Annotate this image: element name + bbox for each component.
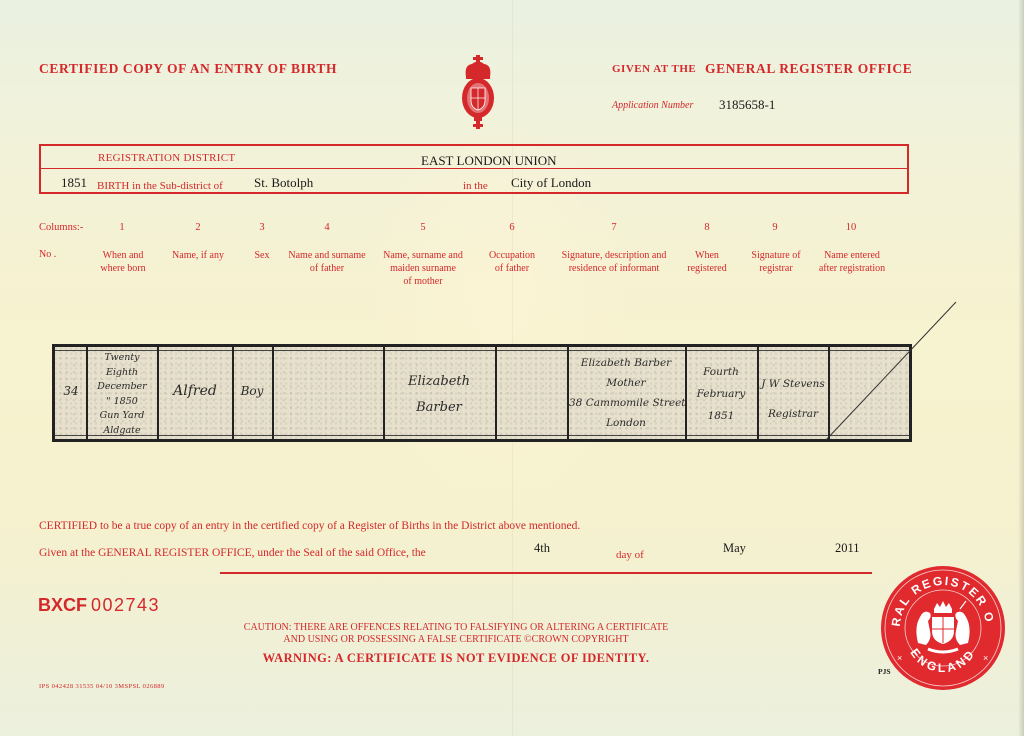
column-header-registrar: Signature of registrar [751,249,800,275]
office-title: GENERAL REGISTER OFFICE [705,61,912,77]
certificate-title: CERTIFIED COPY OF AN ENTRY OF BIRTH [39,61,337,77]
caution-line-2: AND USING OR POSSESSING A FALSE CERTIFIC… [0,634,912,645]
column-number: 4 [324,222,329,233]
column-number: 3 [259,222,264,233]
certificate-serial: BXCF002743 [38,595,160,616]
royal-crest-icon [458,55,498,130]
given-at-label: GIVEN AT THE [612,63,696,75]
column-header-name-after-registration: Name entered after registration [819,249,885,275]
subdistrict-label: BIRTH in the Sub-district of [97,180,223,192]
column-no-label: No . [39,249,56,260]
column-header-when-where-born: When and where born [100,249,145,275]
entry-registrar-signature: J W Stevens Registrar [759,369,827,429]
birth-certificate: CERTIFIED COPY OF AN ENTRY OF BIRTH GIVE… [0,0,1024,736]
column-header-name: Name, if any [172,249,224,262]
application-number: 3185658-1 [719,97,775,113]
column-header-when-registered: When registered [687,249,726,275]
given-at-statement: Given at the GENERAL REGISTER OFFICE, un… [39,547,426,559]
column-number: 8 [704,222,709,233]
serial-number: 002743 [91,595,160,615]
page-edge [1018,0,1024,736]
subdistrict-value: St. Botolph [254,175,313,191]
entry-name: Alfred [159,385,231,398]
diagonal-strike-line [820,300,960,450]
column-divider [272,347,274,439]
svg-text:×: × [897,653,902,663]
general-register-office-seal-icon: GENERAL REGISTER OFFICE ENGLAND × × [880,565,1006,691]
issue-year: 2011 [835,541,860,556]
column-number: 7 [611,222,616,233]
entry-sex: Boy [233,385,271,398]
svg-text:×: × [983,653,988,663]
column-header-father-occupation: Occupation of father [489,249,535,275]
column-number: 6 [509,222,514,233]
issue-month: May [723,541,746,556]
identity-warning: WARNING: A CERTIFICATE IS NOT EVIDENCE O… [0,651,912,666]
column-number: 2 [195,222,200,233]
application-number-label: Application Number [612,100,693,111]
issue-day: 4th [534,541,550,556]
registration-district-value: EAST LONDON UNION [421,153,557,169]
certification-statement: CERTIFIED to be a true copy of an entry … [39,520,580,532]
column-divider [495,347,497,439]
column-number: 5 [420,222,425,233]
caution-line-1: CAUTION: THERE ARE OFFENCES RELATING TO … [0,622,912,633]
county-value: City of London [511,175,591,191]
entry-inner-border [55,350,909,351]
date-underline [220,572,872,574]
entry-informant: Elizabeth Barber Mother 38 Cammomile Str… [569,353,683,433]
column-header-sex: Sex [255,249,270,262]
day-of-label: day of [616,549,644,561]
column-header-informant: Signature, description and residence of … [562,249,667,275]
entry-when-registered: Fourth February 1851 [687,361,755,427]
column-number: 10 [846,222,857,233]
entry-when-where-born: Twenty Eighth December " 1850 Gun Yard A… [88,351,156,438]
column-header-mother: Name, surname and maiden surname of moth… [383,249,463,288]
registration-district-label: REGISTRATION DISTRICT [98,152,235,164]
entry-number: 34 [57,385,85,398]
column-number: 9 [772,222,777,233]
columns-label: Columns:- [39,222,83,233]
registration-year: 1851 [61,175,87,191]
in-the-label: in the [463,180,488,192]
serial-prefix: BXCF [38,595,87,615]
print-code: IPS 042428 31535 04/10 3MSPSL 026889 [39,683,165,690]
entry-inner-border [55,435,909,436]
column-header-father: Name and surname of father [288,249,365,275]
column-number: 1 [119,222,124,233]
register-entry-row: 34 Twenty Eighth December " 1850 Gun Yar… [52,344,912,442]
entry-mother: Elizabeth Barber [385,369,493,421]
